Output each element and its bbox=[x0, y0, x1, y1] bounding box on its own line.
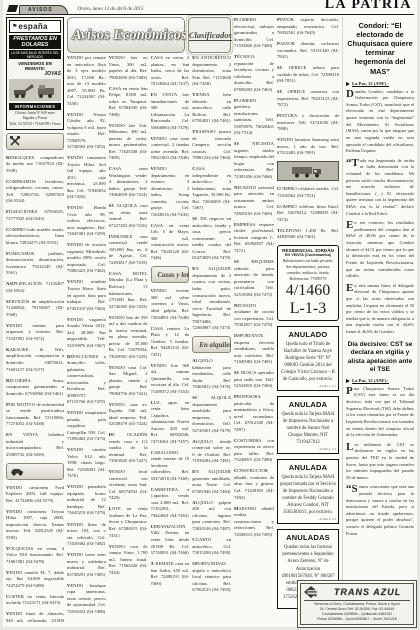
interes-badge: LA DE MÁS BAJO INTERÉS DEL MERCADO bbox=[9, 50, 61, 59]
classified-column-3: CASA en venta, 2 plantas, en San Isidro,… bbox=[151, 55, 190, 624]
left-classifieds-bottom: VENDO camioneta Ford Explorer 2003, full… bbox=[6, 485, 64, 624]
ad-code: 4/1463 L-1-3 bbox=[280, 517, 336, 521]
bus-icon bbox=[304, 586, 322, 598]
classified-entry: KARAOKE & Wifi, amplificación, computaci… bbox=[6, 347, 64, 373]
classified-entry: COMPRAMOS lavadoras, refrigeradores, coc… bbox=[6, 179, 64, 205]
classified-entry: PINTOR experto decorado, empastado, econ… bbox=[277, 17, 339, 37]
crossed-tools-icon bbox=[10, 136, 20, 146]
residencial-subtitle: EN VENTA (Cochabamba) bbox=[280, 253, 336, 257]
classified-entry: NECESITO personal para atención en resta… bbox=[234, 185, 274, 218]
article-body: Damián Condori, candidato a la Gobernaci… bbox=[346, 89, 414, 336]
classified-entry: CASA en venta Urb. 5 de Mayo, 300 m2, co… bbox=[151, 223, 190, 262]
classified-entry: CASA rentera La Plata y 12 de Octubre, 5… bbox=[151, 326, 190, 359]
anuladas-title: ANULADAS bbox=[280, 533, 336, 542]
anulado-notice: ANULADO Queda nulo el Título de Bachille… bbox=[277, 326, 339, 391]
classified-entry: EN ALQUILER departamento de 2 cuartos co… bbox=[192, 266, 231, 331]
classified-entry: VENDO casa de campo Vinto, 1.700 m2, hue… bbox=[109, 544, 148, 577]
classified-entry: PASTOR alemán, cachorros vacunados. Ref.… bbox=[277, 41, 339, 61]
classified-entry: SE NECESITA urgente, medio tiempo, emple… bbox=[234, 141, 274, 180]
classified-entry: ALQUILO galpón 400 m2 con oficinas, ingr… bbox=[192, 500, 231, 533]
article-subhead: Día decisivo: CST se declara en vigilia … bbox=[346, 341, 414, 375]
classified-column-5: PLOMERO electricista, trabajos garantiza… bbox=[234, 17, 274, 624]
classified-entry: CONSTRUCTOR albañil, contratos de obra f… bbox=[234, 468, 274, 501]
left-classifieds-top: REMOLQUES compradores de medio uso 71047… bbox=[6, 155, 64, 459]
classified-entry: PLOMERO electricista, trabajos garantiza… bbox=[234, 17, 274, 50]
excavator-icon bbox=[12, 81, 58, 99]
classified-entry: EN VENTA heladera industrial y microcomp… bbox=[6, 432, 64, 458]
trans-azul-header: TRANS AZUL bbox=[304, 586, 410, 598]
classified-entry: CARRETERA a Capachos vendo casa 4.000 m2… bbox=[151, 487, 190, 520]
center-left: Avisos Económicos $ Clasificados bbox=[67, 17, 231, 624]
classified-entry: POR MOTIVO de enfermedad se vende panifi… bbox=[6, 402, 64, 428]
dateline-text: La Paz, 12 (ANF).- bbox=[352, 81, 389, 87]
trans-azul-title: TRANS AZUL bbox=[325, 587, 410, 597]
classified-entry: SE DA negocio en anticrético, tienda y c… bbox=[192, 216, 231, 262]
classified-entry: TELÉFONO 1.200 Bs. Ref. 44839580 (04-746… bbox=[277, 228, 339, 241]
espana-address-1: Oficina: Junín N° 609 entre Pagador y Po… bbox=[9, 111, 61, 121]
article-body-2: Para Chuquisaca Somos Todos (CST) este l… bbox=[346, 386, 414, 537]
classified-entry: VENDO línea de almacén, 940 m2, reflotan… bbox=[6, 611, 64, 624]
avisos-economicos-banner: Avisos Económicos $ bbox=[67, 17, 185, 53]
classified-entry: SE OFRECE camarera con experiencia. Ref.… bbox=[277, 89, 339, 109]
article-paragraph: En esta misma línea, el delegado elector… bbox=[346, 283, 414, 336]
article-paragraph: Para Chuquisaca Somos Todos (CST) este l… bbox=[346, 386, 414, 439]
classified-entry: VENDO casa zona comercial, 2 tiendas sob… bbox=[151, 136, 190, 162]
classified-entry: VENDO camioneta Ford Explorer 2003, full… bbox=[6, 485, 64, 505]
services-section-banner bbox=[6, 133, 64, 150]
classified-entry: VENDO boutique ropa americana, zona cent… bbox=[67, 583, 106, 616]
remate-band: VENDEMOS EN REMATE: bbox=[9, 61, 61, 71]
classified-entry: MAESTRO albañil realiza construcciones y… bbox=[234, 506, 274, 539]
article-paragraph: “Toda esa hegemonía de arriba se halla d… bbox=[346, 158, 414, 217]
classified-entry: CASA HOTEL Mirador (La Plata y Bolívar),… bbox=[109, 271, 148, 310]
classified-entry: TIENDA bien ubicada en anticrético, call… bbox=[192, 92, 231, 125]
residencial-jordan-ad: RESIDENCIAL JORDÁN EN VENTA (Cochabamba)… bbox=[277, 245, 339, 320]
classified-entry: CASA en venta San Felipe, 8.000 m2, sobr… bbox=[109, 86, 148, 119]
espana-brand: ⚑ españa bbox=[9, 20, 61, 33]
anulada-title: ANULADA bbox=[280, 463, 336, 472]
anulada-title: ANULADA bbox=[280, 400, 336, 409]
anulado-title: ANULADO bbox=[280, 330, 336, 339]
ad-code: 4/1460 L-1-3 bbox=[280, 282, 336, 318]
prestamos-band: PRESTAMOS EN DOLARES bbox=[9, 35, 61, 49]
classified-entry: AMPLIFICACIÓN 71145407 (04-5564) bbox=[6, 281, 64, 294]
classified-entry: VENDO casa Col. San Miguel, 2 plantas, t… bbox=[109, 365, 148, 398]
classified-entry: VENDO departamento en estreno: 3 dormito… bbox=[151, 166, 190, 218]
classified-entry: SE BUSCA operador para radio taxi. Telf.… bbox=[234, 370, 274, 390]
classified-entry: VENDO vagoneta Suzuki Vitara 2012, 4x4, … bbox=[67, 317, 106, 350]
section-tab: AVISOS bbox=[19, 5, 68, 14]
machinery-photo bbox=[9, 79, 61, 101]
machinery-ad-banner bbox=[277, 161, 339, 181]
classified-entry: SE ALQUILA casa en renta, zona central. … bbox=[109, 203, 148, 229]
classified-entry: IMPORTANTE empresa necesita vendedores, … bbox=[234, 333, 274, 366]
anulada-body: Queda nula la Tarjeta MASI proporcionada… bbox=[280, 474, 336, 516]
classified-entry: VENDO local comercial con vivienda, zona… bbox=[109, 469, 148, 502]
news-article: Condori: “El electorado de Chuquisaca qu… bbox=[342, 17, 414, 624]
classified-entry: VOLQUETAS en venta, 4 Volvo N10 funciona… bbox=[6, 546, 64, 566]
dateline-text: La Paz, 12 (ANF).- bbox=[352, 378, 389, 384]
informaciones-band: INFORMACIONES bbox=[9, 103, 61, 110]
avisos-economicos-title: Avisos Económicos bbox=[72, 27, 187, 44]
classified-entry: VENDO camioneta Toyota Hilux 4x4 full eq… bbox=[67, 155, 106, 201]
joyas-label: JOYAS bbox=[9, 71, 61, 77]
classified-entry: VENDO lavadora Samsung semi nueva, 1 año… bbox=[277, 137, 339, 157]
classified-entry: COMPRO teléfono línea Entel. Ref. 526704… bbox=[277, 204, 339, 224]
classified-entry: VENDO lote en Vinto, 300 m2, papeles al … bbox=[109, 55, 148, 81]
alquiler-section-banner: En alquiler bbox=[192, 336, 231, 353]
clasificados-logo-box: Clasificados bbox=[188, 17, 231, 53]
classified-entry: VENDO línea de micro 103, con o sin vehí… bbox=[67, 522, 106, 548]
classified-entry: OPORTUNIDAD: alquilo o anticrético local… bbox=[192, 561, 231, 594]
casas-lotes-label: Casas y lotes bbox=[158, 271, 190, 279]
classified-entry: VENDO Nissan Cóndor año 92, volqueta 6 m… bbox=[67, 112, 106, 151]
classified-entry: VENDO minibús Toyota Hiace, línea en apo… bbox=[67, 279, 106, 312]
classified-entry: SE REQUIERE señorita para atención de ti… bbox=[234, 259, 274, 298]
classified-entry: CUARTO en anticrético. Cel. 73015298 (04… bbox=[192, 537, 231, 557]
classified-entry: SERVICIOS de amplificación 71248822, 791… bbox=[6, 299, 64, 319]
classified-column-2: VENDO lote en Vinto, 300 m2, papeles al … bbox=[109, 55, 148, 624]
classified-entry: VENDO lote 360 m2, camino Quintanilla, c… bbox=[151, 363, 190, 396]
article-paragraph: Damián Condori, candidato a la Gobernaci… bbox=[346, 89, 414, 155]
article-paragraph: “Somos conscientes que será una jornada … bbox=[346, 484, 414, 537]
classified-entry: EN VENTA lote inmediaciones de 300 m2, U… bbox=[151, 92, 190, 131]
article-dateline: La Paz, 12 (ANF).- bbox=[346, 81, 414, 87]
article-paragraph: En ese contexto, los resultados prelimin… bbox=[346, 220, 414, 279]
classified-entry: RELOJERÍA Suiza, composturas garantizada… bbox=[6, 378, 64, 398]
classified-entry: VENDO terreno 900 m2 sobre carretera a V… bbox=[151, 288, 190, 321]
center-area: Avisos Económicos $ Clasificados bbox=[67, 17, 274, 624]
classified-entry: CASA en venta, 2 plantas, en San Isidro,… bbox=[151, 55, 190, 88]
left-column: ⚑ españa PRESTAMOS EN DOLARES LA DE MÁS … bbox=[6, 17, 64, 624]
anulada-notice-1: ANULADA Queda nula la Tarjeta MASI de Im… bbox=[277, 396, 339, 454]
dateline-flag-icon bbox=[346, 379, 350, 383]
article-paragraph: Los militantes de CST se declararon en v… bbox=[346, 442, 414, 482]
anulada-notice-2: ANULADA Queda nula la Tarjeta MASI propo… bbox=[277, 459, 339, 524]
edition-date: Oruro, lunes 13 de abril de 2015 bbox=[78, 7, 144, 12]
trans-azul-ad: TRANS AZUL Servicios a Oruro, Cochabamba… bbox=[300, 583, 414, 625]
classified-entry: VENDO por remate en anticrético flota de… bbox=[67, 55, 106, 107]
classified-entry: VENDO maquinaria pesada, pala cargadora … bbox=[67, 410, 106, 443]
notices-column: PINTOR experto decorado, empastado, econ… bbox=[277, 17, 339, 624]
espana-address-2: Telfs. 52-50720 • 72346789 • Oruro bbox=[9, 122, 61, 127]
dateline-flag-icon bbox=[346, 82, 350, 86]
classified-entry: DE OCASIÓN vendo casa a 1/2 cuadra de la… bbox=[109, 432, 148, 465]
page-header: AVISOS Oruro, lunes 13 de abril de 2015 … bbox=[6, 0, 414, 15]
classified-entry: VENDO camioneta Toyota Hilux 1997, caja … bbox=[6, 509, 64, 542]
casas-lotes-section-banner: Casas y lotes bbox=[151, 266, 190, 283]
vehicles-section-banner bbox=[6, 463, 64, 480]
classified-column-1: VENDO por remate en anticrético flota de… bbox=[67, 55, 106, 624]
classified-entry: TRASPASO puesto de mercado Campero, secc… bbox=[192, 129, 231, 162]
classified-entry: VENDO panadería equipada, horno industri… bbox=[67, 484, 106, 517]
alquiler-label: En alquiler bbox=[199, 341, 231, 349]
classified-entry: EN ANTICRÉTICO departamento 2 dormitorio… bbox=[192, 55, 231, 88]
trans-azul-info: Servicios a Oruro, Cochabamba, Potosí, S… bbox=[304, 600, 410, 623]
classified-columns: VENDO por remate en anticrético flota de… bbox=[67, 55, 231, 624]
anulada-body: Queda nula la Tarjeta MASI de Impuestos … bbox=[280, 411, 336, 446]
classified-entry: VENDO torno semi nuevo y soldadora indus… bbox=[67, 552, 106, 578]
section-logo-mark bbox=[7, 5, 18, 12]
classified-entry: LOTE en venta Jardines de La Paz, Sucre … bbox=[109, 506, 148, 539]
classified-entry: EMPRESA requiere chofer profesional, lic… bbox=[234, 222, 274, 255]
classified-entry: VENDO lote Urb. Milenium, 300 m2, puerta… bbox=[109, 123, 148, 162]
classified-entry: COMPRO celulares usados. Cel. 73318562 (… bbox=[277, 186, 339, 199]
ad-code: 4/1462 L-1-3 bbox=[280, 447, 336, 451]
classified-column-4: EN ANTICRÉTICO departamento 2 dormitorio… bbox=[192, 55, 231, 624]
classified-entry: FILMACIONES 67594545, 73777045 (04-5545) bbox=[6, 209, 64, 222]
main-content: ⚑ españa PRESTAMOS EN DOLARES LA DE MÁS … bbox=[6, 15, 414, 624]
classified-entry: ALQUILO habitación para estudiantes, cal… bbox=[192, 358, 231, 391]
classified-entry: TÉCNICO: reparación de lavadoras, cocina… bbox=[234, 54, 274, 93]
classified-entry: FUMIGAMOS jardines, desinsectación, desr… bbox=[6, 251, 64, 277]
classified-entry: VENDO tarimas para orquestas y eventos. … bbox=[6, 323, 64, 343]
classified-entry: NECESITO ayudante de cocina con experien… bbox=[234, 303, 274, 329]
car-icon bbox=[10, 467, 24, 476]
ad-code: 4/1461 L-1-3 bbox=[280, 384, 336, 388]
classified-entry: CABALLERO vende terreno de 10 hectáreas … bbox=[151, 450, 190, 483]
classified-entry: EN ALQUILER garzonier amoblado, zona Nor… bbox=[192, 469, 231, 495]
truck-icon bbox=[291, 165, 325, 178]
flag-icon: ⚑ bbox=[12, 24, 17, 30]
classified-entry: CASA zona Washington vende: 4 dormitorio… bbox=[109, 166, 148, 199]
classified-entry: VENDO casa av. España, 540 m2, ideal emp… bbox=[109, 402, 148, 428]
article-headline: Condori: “El electorado de Chuquisaca qu… bbox=[346, 21, 414, 76]
classified-entry: VENDO camión FL 7, doble eje, $us 34.000… bbox=[6, 570, 64, 590]
residencial-body: Habitaciones con baño privado, dos depar… bbox=[280, 258, 336, 275]
classified-entry: LUZ, agua: en venta lotes Capachos, urba… bbox=[151, 400, 190, 446]
espana-loans-ad: ⚑ españa PRESTAMOS EN DOLARES LA DE MÁS … bbox=[6, 17, 64, 130]
classified-entry: COSTURERA con experiencia se ofrece para… bbox=[234, 438, 274, 464]
classified-entry: A REMATE casa en San Isidro, 450 m2. Ref… bbox=[151, 561, 190, 587]
anulado-body: Queda nulo el Título de Bachiller de Yan… bbox=[280, 341, 336, 383]
classified-entry: COSTER en venta, báscula incluida 731231… bbox=[6, 594, 64, 607]
trans-azul-line: Potosí 6246986 – Uyuni 6932867 – Sucre 7… bbox=[304, 617, 410, 622]
classified-entry: ALQUILO tienda comercial sobre av. 6 de … bbox=[192, 439, 231, 465]
classified-entry: VENDO lote de 350 m2 a dos cuadras de la… bbox=[109, 315, 148, 361]
classified-entry: SE OFRECE señora para cuidado de niños. … bbox=[277, 65, 339, 85]
classified-entry: REMOLQUES compradores de medio uso 71047… bbox=[6, 155, 64, 175]
newspaper-page: AVISOS Oruro, lunes 13 de abril de 2015 … bbox=[3, 0, 417, 627]
masthead: LA PATRIA bbox=[325, 0, 412, 13]
banner-row: Avisos Económicos $ Clasificados bbox=[67, 17, 231, 53]
clasificados-title: Clasificados bbox=[189, 30, 232, 41]
classified-entry: PLOMERO gasfitero, instalaciones sanitar… bbox=[234, 98, 274, 137]
espana-brand-name: españa bbox=[18, 22, 47, 31]
classified-entry: VENDO Honda Cívic año 98, vidrios eléctr… bbox=[67, 205, 106, 238]
classified-entry: VENDO de ocasión vagoneta Mitsubishi mod… bbox=[67, 242, 106, 275]
article-dateline-2: La Paz, 12 (ANF).- bbox=[346, 378, 414, 384]
classified-entry: INMUEBLE casa comercial vende 100.000 $u… bbox=[109, 234, 148, 267]
classified-entry: PINTURA y decoración de interiores. Telf… bbox=[277, 113, 339, 133]
classified-entry: CASA independiente en anticrético: 3 hab… bbox=[192, 166, 231, 212]
classified-entry: VENDO camión Volvo 612 año 1998, chasis … bbox=[67, 447, 106, 480]
classified-entry: URBANIZACIÓN Villa Dorina, en venta lote… bbox=[151, 524, 190, 557]
classified-entry: SE ALQUILA departamento amoblado para em… bbox=[192, 395, 231, 434]
classified-entry: PROFESORA particular de matemáticas y fí… bbox=[234, 394, 274, 433]
classified-entry: REFACCIONES a domicilio: sofás, gabinete… bbox=[67, 354, 106, 406]
classified-entry: COMPRO todo mueble usado, electrodomésti… bbox=[6, 227, 64, 247]
